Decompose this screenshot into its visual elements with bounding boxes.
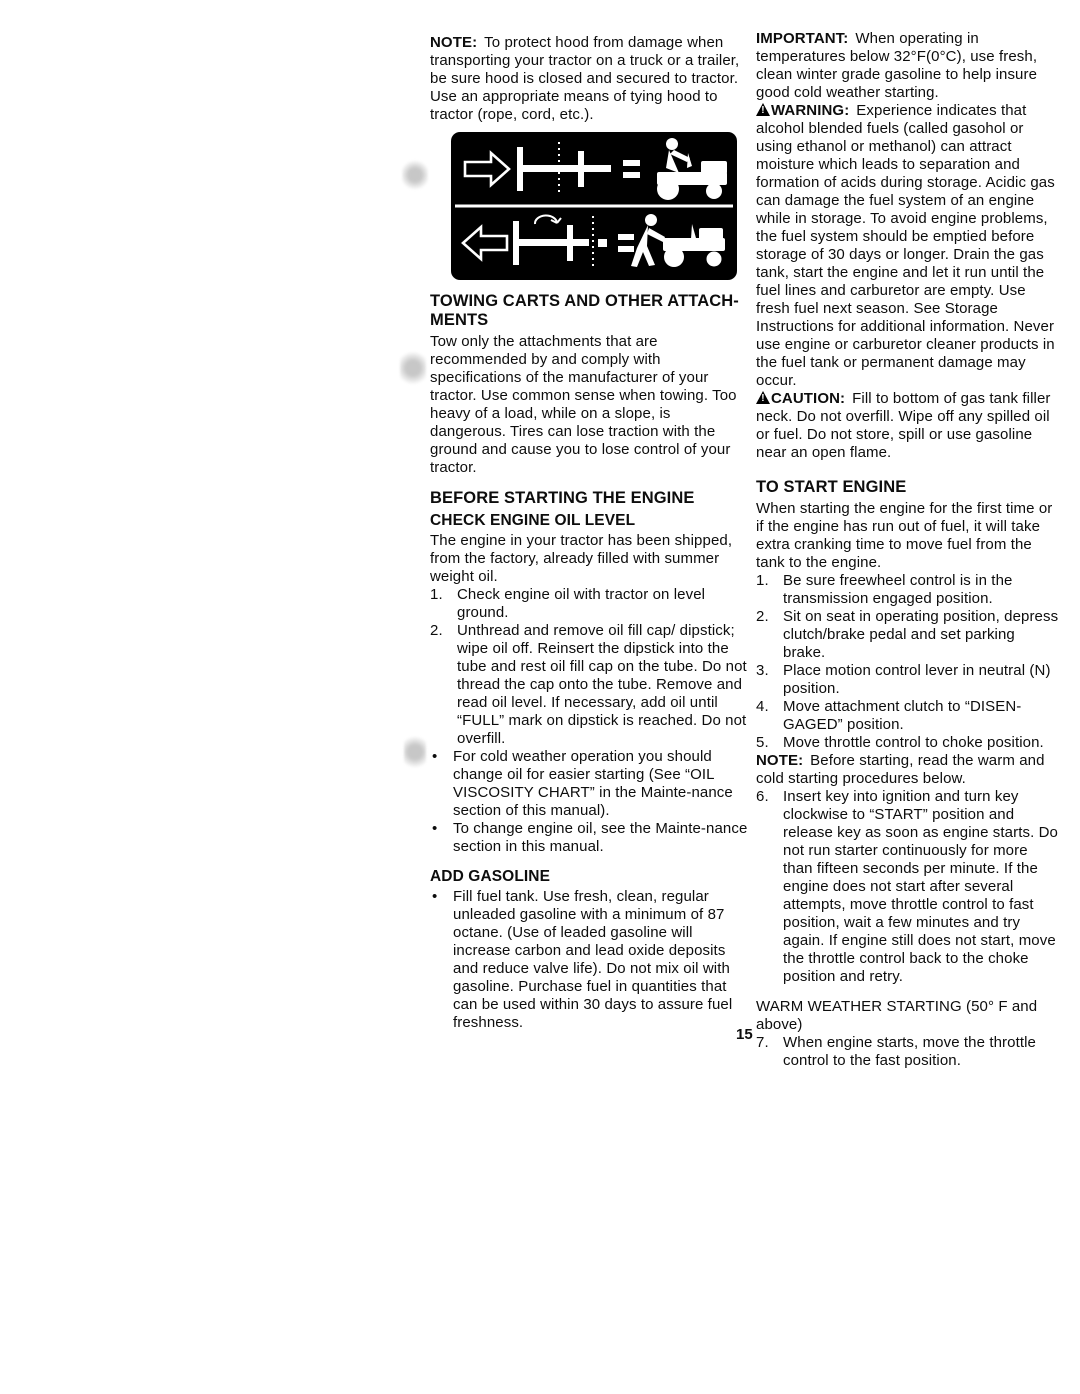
start-step-2: 2. Sit on seat in operating position, de… [756, 608, 1059, 662]
oil-step-2: 2. Unthread and remove oil fill cap/ dip… [430, 622, 748, 748]
start-step-4: 4. Move attachment clutch to “DISEN-GAGE… [756, 698, 1059, 734]
oil-bullet-2: • To change engine oil, see the Mainte-n… [430, 820, 748, 856]
before-starting-heading: BEFORE STARTING THE ENGINE [430, 489, 748, 508]
note-label: NOTE: [756, 752, 803, 769]
check-oil-text: The engine in your tractor has been ship… [430, 532, 748, 586]
list-number: 4. [756, 698, 783, 734]
add-gasoline-heading: ADD GASOLINE [430, 867, 748, 886]
bullet-icon: • [430, 748, 453, 820]
warm-weather-heading: WARM WEATHER STARTING (50° F and above) [756, 998, 1059, 1034]
list-number: 2. [430, 622, 457, 748]
to-start-engine-heading: TO START ENGINE [756, 478, 1059, 497]
page-number: 15 [736, 1026, 753, 1043]
caution-paragraph: !CAUTION:Fill to bottom of gas tank fill… [756, 390, 1059, 462]
manual-page: NOTE:To protect hood from damage when tr… [0, 0, 1080, 1394]
note-label: NOTE: [430, 34, 477, 51]
towing-heading: TOWING CARTS AND OTHER ATTACH-MENTS [430, 292, 748, 330]
towing-text: Tow only the attachments that are recomm… [430, 333, 748, 477]
list-number: 1. [756, 572, 783, 608]
oil-step-1: 1. Check engine oil with tractor on leve… [430, 586, 748, 622]
list-number: 7. [756, 1034, 783, 1070]
note-paragraph: NOTE:To protect hood from damage when tr… [430, 34, 748, 124]
warning-icon: ! [756, 103, 770, 116]
left-column: NOTE:To protect hood from damage when tr… [430, 34, 748, 1032]
start-step-6: 6. Insert key into ignition and turn key… [756, 788, 1059, 986]
bullet-icon: • [430, 820, 453, 856]
list-number: 1. [430, 586, 457, 622]
starting-note-paragraph: NOTE:Before starting, read the warm and … [756, 752, 1059, 788]
caution-icon: ! [756, 391, 770, 404]
right-column: IMPORTANT:When operating in temperatures… [756, 30, 1059, 1070]
freewheel-control-pictogram [451, 132, 737, 280]
start-step-7: 7. When engine starts, move the throttle… [756, 1034, 1059, 1070]
start-step-5: 5. Move throttle control to choke positi… [756, 734, 1059, 752]
oil-bullet-1: • For cold weather operation you should … [430, 748, 748, 820]
caution-label: CAUTION: [771, 390, 845, 407]
check-oil-heading: CHECK ENGINE OIL LEVEL [430, 511, 748, 530]
list-number: 6. [756, 788, 783, 986]
start-step-1: 1. Be sure freewheel control is in the t… [756, 572, 1059, 608]
list-number: 2. [756, 608, 783, 662]
start-step-3: 3. Place motion control lever in neutral… [756, 662, 1059, 698]
freewheel-control-figure [451, 132, 748, 280]
warning-paragraph: !WARNING:Experience indicates that alcoh… [756, 102, 1059, 390]
list-number: 3. [756, 662, 783, 698]
scan-artifact [404, 732, 426, 772]
start-intro: When starting the engine for the first t… [756, 500, 1059, 572]
list-number: 5. [756, 734, 783, 752]
bullet-icon: • [430, 888, 453, 1032]
important-label: IMPORTANT: [756, 30, 848, 47]
scan-artifact [402, 158, 428, 192]
scan-artifact [400, 348, 426, 388]
important-paragraph: IMPORTANT:When operating in temperatures… [756, 30, 1059, 102]
gasoline-bullet-1: • Fill fuel tank. Use fresh, clean, regu… [430, 888, 748, 1032]
warning-label: WARNING: [771, 102, 849, 119]
